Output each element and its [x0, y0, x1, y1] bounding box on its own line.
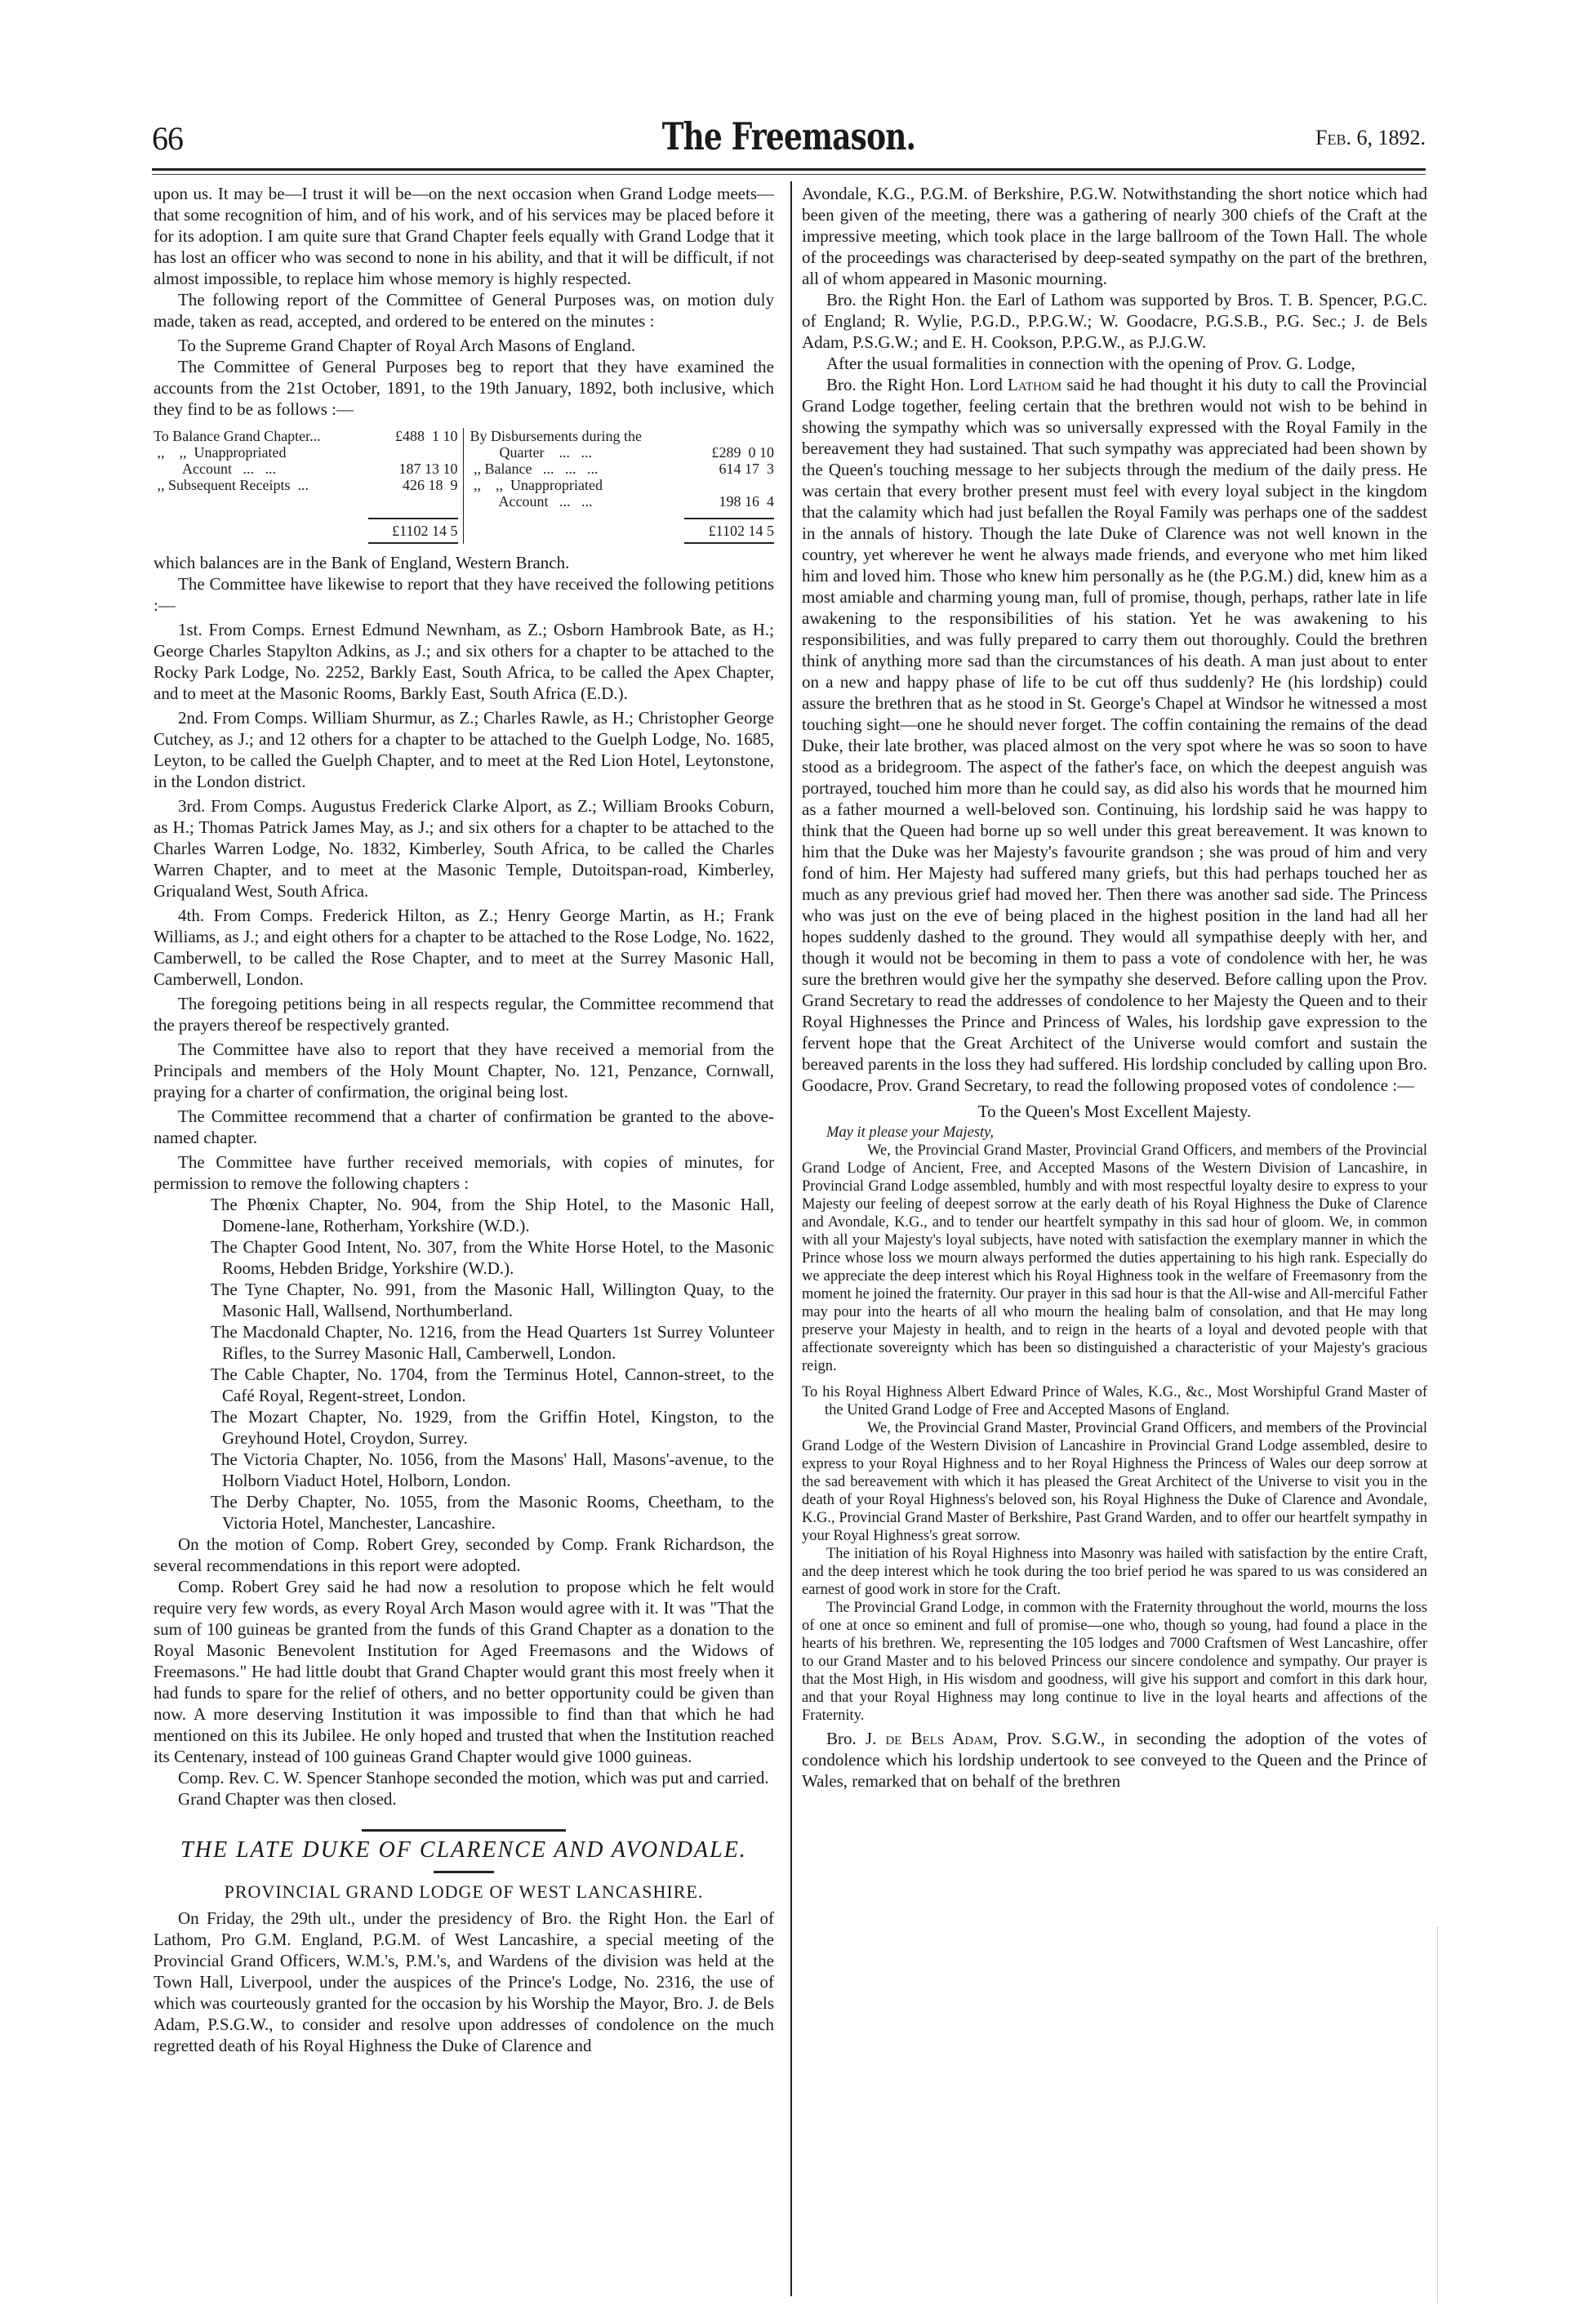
paragraph: The Committee have likewise to report th…: [154, 573, 774, 616]
table-row: Account ... ...187 13 10: [154, 461, 458, 477]
address-salutation: May it please your Majesty,: [802, 1124, 1427, 1142]
receipts-side: To Balance Grand Chapter...£488 1 10 ,, …: [154, 428, 464, 544]
newspaper-title: The Freemason.: [292, 114, 1286, 158]
right-column: Avondale, K.G., P.G.M. of Berkshire, P.G…: [802, 183, 1427, 1792]
paragraph: Bro. the Right Hon. Lord Lathom said he …: [802, 374, 1427, 1096]
table-row: ,, Subsequent Receipts ...426 18 9: [154, 477, 458, 493]
paragraph: The Committee have also to report that t…: [154, 1039, 774, 1102]
paragraph: Avondale, K.G., P.G.M. of Berkshire, P.G…: [802, 183, 1427, 289]
masthead: 66 The Freemason. Feb. 6, 1892.: [152, 114, 1426, 165]
paragraph: The following report of the Committee of…: [154, 289, 774, 332]
paragraph: On Friday, the 29th ult., under the pres…: [154, 1908, 774, 2056]
paragraph: The Committee recommend that a charter o…: [154, 1106, 774, 1148]
table-row: To Balance Grand Chapter...£488 1 10: [154, 428, 458, 444]
payments-side: By Disbursements during the Quarter ... …: [464, 428, 775, 544]
paragraph: Comp. Robert Grey said he had now a reso…: [154, 1576, 774, 1767]
paragraph: upon us. It may be—I trust it will be—on…: [154, 183, 774, 289]
address-body: We, the Provincial Grand Master, Provinc…: [802, 1419, 1427, 1545]
column-divider: [790, 181, 792, 2296]
paragraph: On the motion of Comp. Robert Grey, seco…: [154, 1534, 774, 1576]
address-body: We, the Provincial Grand Master, Provinc…: [802, 1142, 1427, 1375]
petition: 3rd. From Comps. Augustus Frederick Clar…: [154, 795, 774, 902]
paragraph: After the usual formalities in connectio…: [802, 353, 1427, 374]
section-rule-short: [434, 1871, 494, 1873]
report-address: To the Supreme Grand Chapter of Royal Ar…: [154, 335, 774, 356]
list-item: The Macdonald Chapter, No. 1216, from th…: [211, 1321, 774, 1364]
masthead-rule: [152, 168, 1426, 171]
table-row: Quarter ... ...£289 0 10: [470, 444, 775, 461]
list-item: The Cable Chapter, No. 1704, from the Te…: [211, 1364, 774, 1406]
scan-margin-noise: [1437, 1927, 1440, 2303]
petition: 2nd. From Comps. William Shurmur, as Z.;…: [154, 707, 774, 792]
table-row: By Disbursements during the: [470, 428, 775, 444]
paragraph: The Committee of General Purposes beg to…: [154, 356, 774, 420]
section-subtitle: PROVINCIAL GRAND LODGE OF WEST LANCASHIR…: [154, 1881, 774, 1903]
issue-date: Feb. 6, 1892.: [1315, 126, 1426, 150]
page-number: 66: [152, 119, 183, 158]
paragraph: Comp. Rev. C. W. Spencer Stanhope second…: [154, 1767, 774, 1788]
list-item: The Mozart Chapter, No. 1929, from the G…: [211, 1406, 774, 1449]
masthead-rule-thin: [152, 174, 1426, 175]
table-row: ,, Balance ... ... ...614 17 3: [470, 461, 775, 477]
paragraph: Bro. J. de Bels Adam, Prov. S.G.W., in s…: [802, 1728, 1427, 1792]
left-column: upon us. It may be—I trust it will be—on…: [154, 183, 774, 2056]
list-item: The Victoria Chapter, No. 1056, from the…: [211, 1449, 774, 1491]
paragraph: The Committee have further received memo…: [154, 1151, 774, 1194]
paragraph: The foregoing petitions being in all res…: [154, 993, 774, 1035]
list-item: The Phœnix Chapter, No. 904, from the Sh…: [211, 1194, 774, 1236]
accounts-table: To Balance Grand Chapter...£488 1 10 ,, …: [154, 428, 774, 544]
section-title: THE LATE DUKE OF CLARENCE AND AVONDALE.: [154, 1840, 774, 1861]
list-item: The Derby Chapter, No. 1055, from the Ma…: [211, 1491, 774, 1534]
chapter-list: The Phœnix Chapter, No. 904, from the Sh…: [211, 1194, 774, 1534]
speaker-name: Lathom: [1008, 375, 1061, 394]
paragraph: Bro. the Right Hon. the Earl of Lathom w…: [802, 289, 1427, 353]
address-body: The Provincial Grand Lodge, in common wi…: [802, 1599, 1427, 1725]
address-heading: To the Queen's Most Excellent Majesty.: [802, 1101, 1427, 1122]
petition: 1st. From Comps. Ernest Edmund Newnham, …: [154, 619, 774, 704]
paragraph: which balances are in the Bank of Englan…: [154, 552, 774, 573]
table-row: Account ... ...198 16 4: [470, 493, 775, 510]
payments-total: £1102 14 5: [470, 518, 775, 544]
section-rule: [362, 1829, 566, 1832]
list-item: The Tyne Chapter, No. 991, from the Maso…: [211, 1279, 774, 1321]
petition: 4th. From Comps. Frederick Hilton, as Z.…: [154, 905, 774, 990]
speaker-name: J. de Bels Adam: [866, 1729, 994, 1748]
table-row: ,, ,, Unappropriated: [470, 477, 775, 493]
address-heading: To his Royal Highness Albert Edward Prin…: [802, 1383, 1427, 1419]
paragraph: Grand Chapter was then closed.: [154, 1788, 774, 1810]
table-row: ,, ,, Unappropriated: [154, 444, 458, 461]
address-body: The initiation of his Royal Highness int…: [802, 1545, 1427, 1599]
receipts-total: £1102 14 5: [154, 518, 458, 544]
list-item: The Chapter Good Intent, No. 307, from t…: [211, 1236, 774, 1279]
